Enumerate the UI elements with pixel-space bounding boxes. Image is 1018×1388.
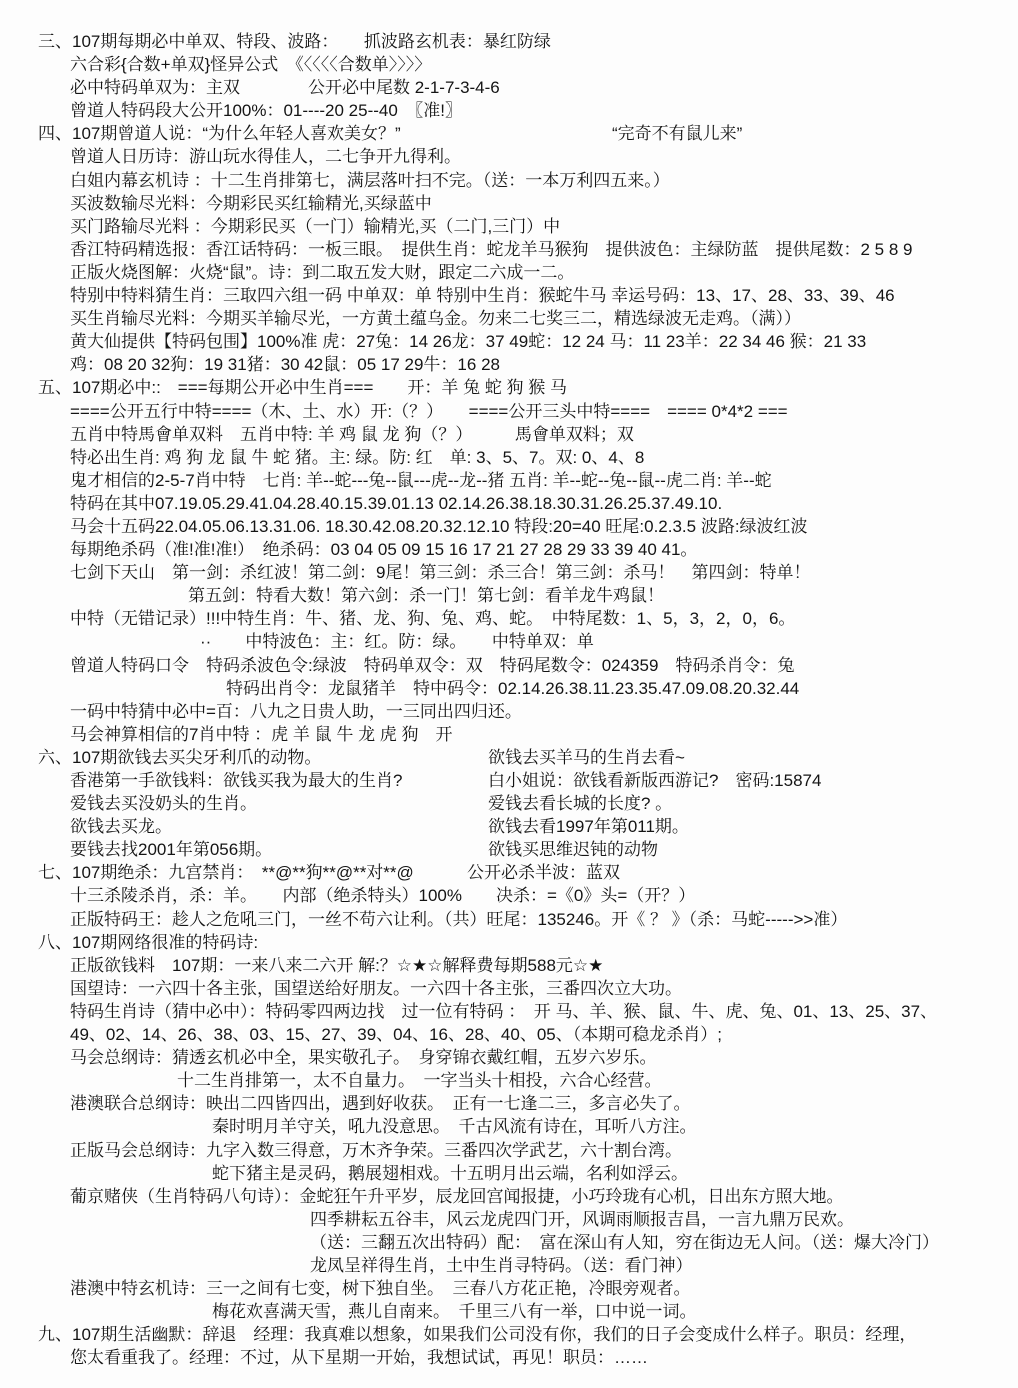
text-line: 必中特码单双为：主双 公开必中尾数 2-1-7-3-4-6 <box>0 76 1018 99</box>
text-line: ·· 中特波色：主：红。防：绿。 中特单双：单 <box>0 630 1018 653</box>
text-right: 公开必杀半波：蓝双 <box>467 861 620 884</box>
text-line: 欲钱去买龙。 欲钱去看1997年第011期。 <box>0 815 1018 838</box>
text-line: 特别中特料猜生肖：三取四六组一码 中单双：单 特别中生肖：猴蛇牛马 幸运号码：1… <box>0 284 1018 307</box>
section-heading-4: 四、107期曾道人说：“为什么年轻人喜欢美女？” “完奇不有鼠儿来” <box>0 122 1018 145</box>
text-right: “完奇不有鼠儿来” <box>612 122 742 145</box>
text-line: 鸡：08 20 32狗：19 31猪：30 42鼠：05 17 29牛：16 2… <box>0 353 1018 376</box>
text-line: 特码在其中07.19.05.29.41.04.28.40.15.39.01.13… <box>0 492 1018 515</box>
text-line: 正版欲钱料 107期：一来八来二六开 解:？☆★☆解释费每期588元☆★ <box>0 954 1018 977</box>
text-left: 七、107期绝杀：九宫禁肖： **@**狗**@**对**@ <box>38 863 414 882</box>
text-line: 正版特码王：趁人之危吼三门，一丝不苟六让利。（共）旺尾：135246。开《 ？ … <box>0 908 1018 931</box>
text-line: 十二生肖排第一，太不自量力。 一字当头十相投，六合心经营。 <box>0 1069 1018 1092</box>
text-line: 特必出生肖: 鸡 狗 龙 鼠 牛 蛇 猪。主: 绿。防: 红 单: 3、5、7。… <box>0 446 1018 469</box>
text-line: 买门路输尽光料 ：今期彩民买（一门）输精光,买（二门,三门）中 <box>0 215 1018 238</box>
text-line: 每期绝杀码（准!准!准!） 绝杀码：03 04 05 09 15 16 17 2… <box>0 538 1018 561</box>
section-heading-7: 七、107期绝杀：九宫禁肖： **@**狗**@**对**@ 公开必杀半波：蓝双 <box>0 861 1018 884</box>
text-line: 白姐内幕玄机诗 ：十二生肖排第七，满层落叶扫不完。（送：一本万利四五来。） <box>0 169 1018 192</box>
text-line: 黄大仙提供【特码包围】100%准 虎：27兔：14 26龙：37 49蛇：12 … <box>0 330 1018 353</box>
text-line: 正版火烧图解：火烧“鼠”。诗：到二取五发大财，跟定二六成一二。 <box>0 261 1018 284</box>
text-line: 特码生肖诗（猜中必中）：特码零四两边找 过一位有特码 ： 开 马、羊、猴、鼠、牛… <box>0 1000 1018 1023</box>
text-line: 买波数输尽光料：今期彩民买红输精光,买绿蓝中 <box>0 192 1018 215</box>
text-line: 五肖中特馬會单双料 五肖中特: 羊 鸡 鼠 龙 狗（？） 馬會单双料；双 <box>0 423 1018 446</box>
text-left: 六、107期欲钱去买尖牙利爪的动物。 <box>38 748 321 767</box>
text-line: 香江特码精选报：香江话特码：一板三眼。 提供生肖：蛇龙羊马猴狗 提供波色：主绿防… <box>0 238 1018 261</box>
text-line: 曾道人特码口令 特码杀波色令:绿波 特码单双令：双 特码尾数令：024359 特… <box>0 654 1018 677</box>
text-line: 六合彩{合数+单双}怪异公式 《〈〈〈〈合数单〉〉〉〉 <box>0 53 1018 76</box>
text-line: 港澳联合总纲诗：映出二四皆四出，遇到好收获。 正有一七逢二三，多言必失了。 <box>0 1092 1018 1115</box>
text-line: 香港第一手欲钱料：欲钱买我为最大的生肖? 白小姐说：欲钱看新版西游记? 密码:1… <box>0 769 1018 792</box>
text-line: ====公开五行中特====（木、土、水）开:（？） ====公开三头中特===… <box>0 400 1018 423</box>
text-line: 马会神算相信的7肖中特 ：虎 羊 鼠 牛 龙 虎 狗 开 <box>0 723 1018 746</box>
text-left: 爱钱去买没奶头的生肖。 <box>70 794 257 813</box>
text-right: 欲钱去看1997年第011期。 <box>488 815 689 838</box>
document-page: 三、107期每期必中单双、特段、波路： 抓波路玄机表：暴红防绿 六合彩{合数+单… <box>0 0 1018 1388</box>
text-line: 您太看重我了。经理：不过，从下星期一开始，我想试试，再见！职员：…… <box>0 1346 1018 1369</box>
text-left: 香港第一手欲钱料：欲钱买我为最大的生肖? <box>70 771 402 790</box>
text-right: 白小姐说：欲钱看新版西游记? 密码:15874 <box>488 769 821 792</box>
text-left: 四、107期曾道人说：“为什么年轻人喜欢美女？” <box>38 124 401 143</box>
text-left: 要钱去找2001年第056期。 <box>70 840 272 859</box>
text-line: 特码出肖令：龙鼠猪羊 特中码令：02.14.26.38.11.23.35.47.… <box>0 677 1018 700</box>
text-line: 第五剑：特看大数！第六剑：杀一门！第七剑：看羊龙牛鸡鼠！ <box>0 584 1018 607</box>
text-line: 买生肖输尽光料：今期买羊输尽光，一方黄土蕴乌金。勿来二七奖三二，精选绿波无走鸡。… <box>0 307 1018 330</box>
text-line: 曾道人日历诗：游山玩水得佳人，二七争开九得利。 <box>0 145 1018 168</box>
section-heading-6: 六、107期欲钱去买尖牙利爪的动物。 欲钱去买羊马的生肖去看~ <box>0 746 1018 769</box>
text-line: 国望诗：一六四十各主张，国望送给好朋友。一六四十各主张，三番四次立大功。 <box>0 977 1018 1000</box>
section-heading-5: 五、107期必中:: ===每期公开必中生肖=== 开：羊 兔 蛇 狗 猴 马 <box>0 376 1018 399</box>
text-line: 梅花欢喜满天雪，燕儿自南来。 千里三八有一举，口中说一词。 <box>0 1300 1018 1323</box>
section-heading-3: 三、107期每期必中单双、特段、波路： 抓波路玄机表：暴红防绿 <box>0 30 1018 53</box>
text-line: 龙凤呈祥得生肖，土中生肖寻特码。（送：看门神） <box>0 1254 1018 1277</box>
text-line: 马会十五码22.04.05.06.13.31.06. 18.30.42.08.2… <box>0 515 1018 538</box>
section-heading-9: 九、107期生活幽默：辞退 经理：我真难以想象，如果我们公司没有你，我们的日子会… <box>0 1323 1018 1346</box>
text-right: 欲钱买思维迟钝的动物 <box>488 838 658 861</box>
text-line: 马会总纲诗：猜透玄机必中全，果实敬孔子。 身穿锦衣戴红帽，五岁六岁乐。 <box>0 1046 1018 1069</box>
text-line: 葡京赌侠（生肖特码八句诗）：金蛇狂午升平岁，辰龙回宫闻报捷，小巧玲珑有心机，日出… <box>0 1185 1018 1208</box>
text-line: 正版马会总纲诗：九字入数三得意，万木齐争荣。三番四次学武艺，六十割台湾。 <box>0 1139 1018 1162</box>
text-line: 鬼才相信的2-5-7肖中特 七肖: 羊--蛇---兔--鼠---虎--龙--猪 … <box>0 469 1018 492</box>
text-line: 曾道人特码段大公开100%：01----20 25--40 〖准!〗 <box>0 99 1018 122</box>
text-line: 七剑下天山 第一剑：杀红波！第二剑：9尾！第三剑：杀三合！第三剑：杀马！ 第四剑… <box>0 561 1018 584</box>
section-heading-8: 八、107期网络很准的特码诗: <box>0 931 1018 954</box>
text-right: 欲钱去买羊马的生肖去看~ <box>488 746 685 769</box>
text-line: 49、02、14、26、38、03、15、27、39、04、16、28、40、0… <box>0 1023 1018 1046</box>
text-line: 蛇下猪主是灵码，鹅展翅相戏。十五明月出云端，名利如浮云。 <box>0 1162 1018 1185</box>
text-line: 秦时明月羊守关，吼九没意思。 千古风流有诗在，耳听八方注。 <box>0 1115 1018 1138</box>
text-line: 四季耕耘五谷丰，风云龙虎四门开，风调雨顺报吉昌，一言九鼎万民欢。 <box>0 1208 1018 1231</box>
text-line: （送：三翻五次出特码）配： 富在深山有人知，穷在街边无人问。（送：爆大冷门） <box>0 1231 1018 1254</box>
text-line: 爱钱去买没奶头的生肖。 爱钱去看长城的长度? 。 <box>0 792 1018 815</box>
text-line: 十三杀陵杀肖，杀：羊。 内部（绝杀特头）100% 决杀：=《0》头=（开？） <box>0 884 1018 907</box>
text-line: 中特（无错记录）!!!中特生肖：牛、猪、龙、狗、兔、鸡、蛇。 中特尾数：1、5，… <box>0 607 1018 630</box>
text-left: 欲钱去买龙。 <box>70 817 172 836</box>
text-line: 要钱去找2001年第056期。 欲钱买思维迟钝的动物 <box>0 838 1018 861</box>
text-line: 港澳中特玄机诗：三一之间有七变，树下独自坐。 三春八方花正艳，冷眼旁观者。 <box>0 1277 1018 1300</box>
text-right: 爱钱去看长城的长度? 。 <box>488 792 672 815</box>
lottery-tips-document: 三、107期每期必中单双、特段、波路： 抓波路玄机表：暴红防绿 六合彩{合数+单… <box>0 0 1018 1369</box>
text-line: 一码中特猜中必中=百：八九之日贵人助，一三同出四归还。 <box>0 700 1018 723</box>
